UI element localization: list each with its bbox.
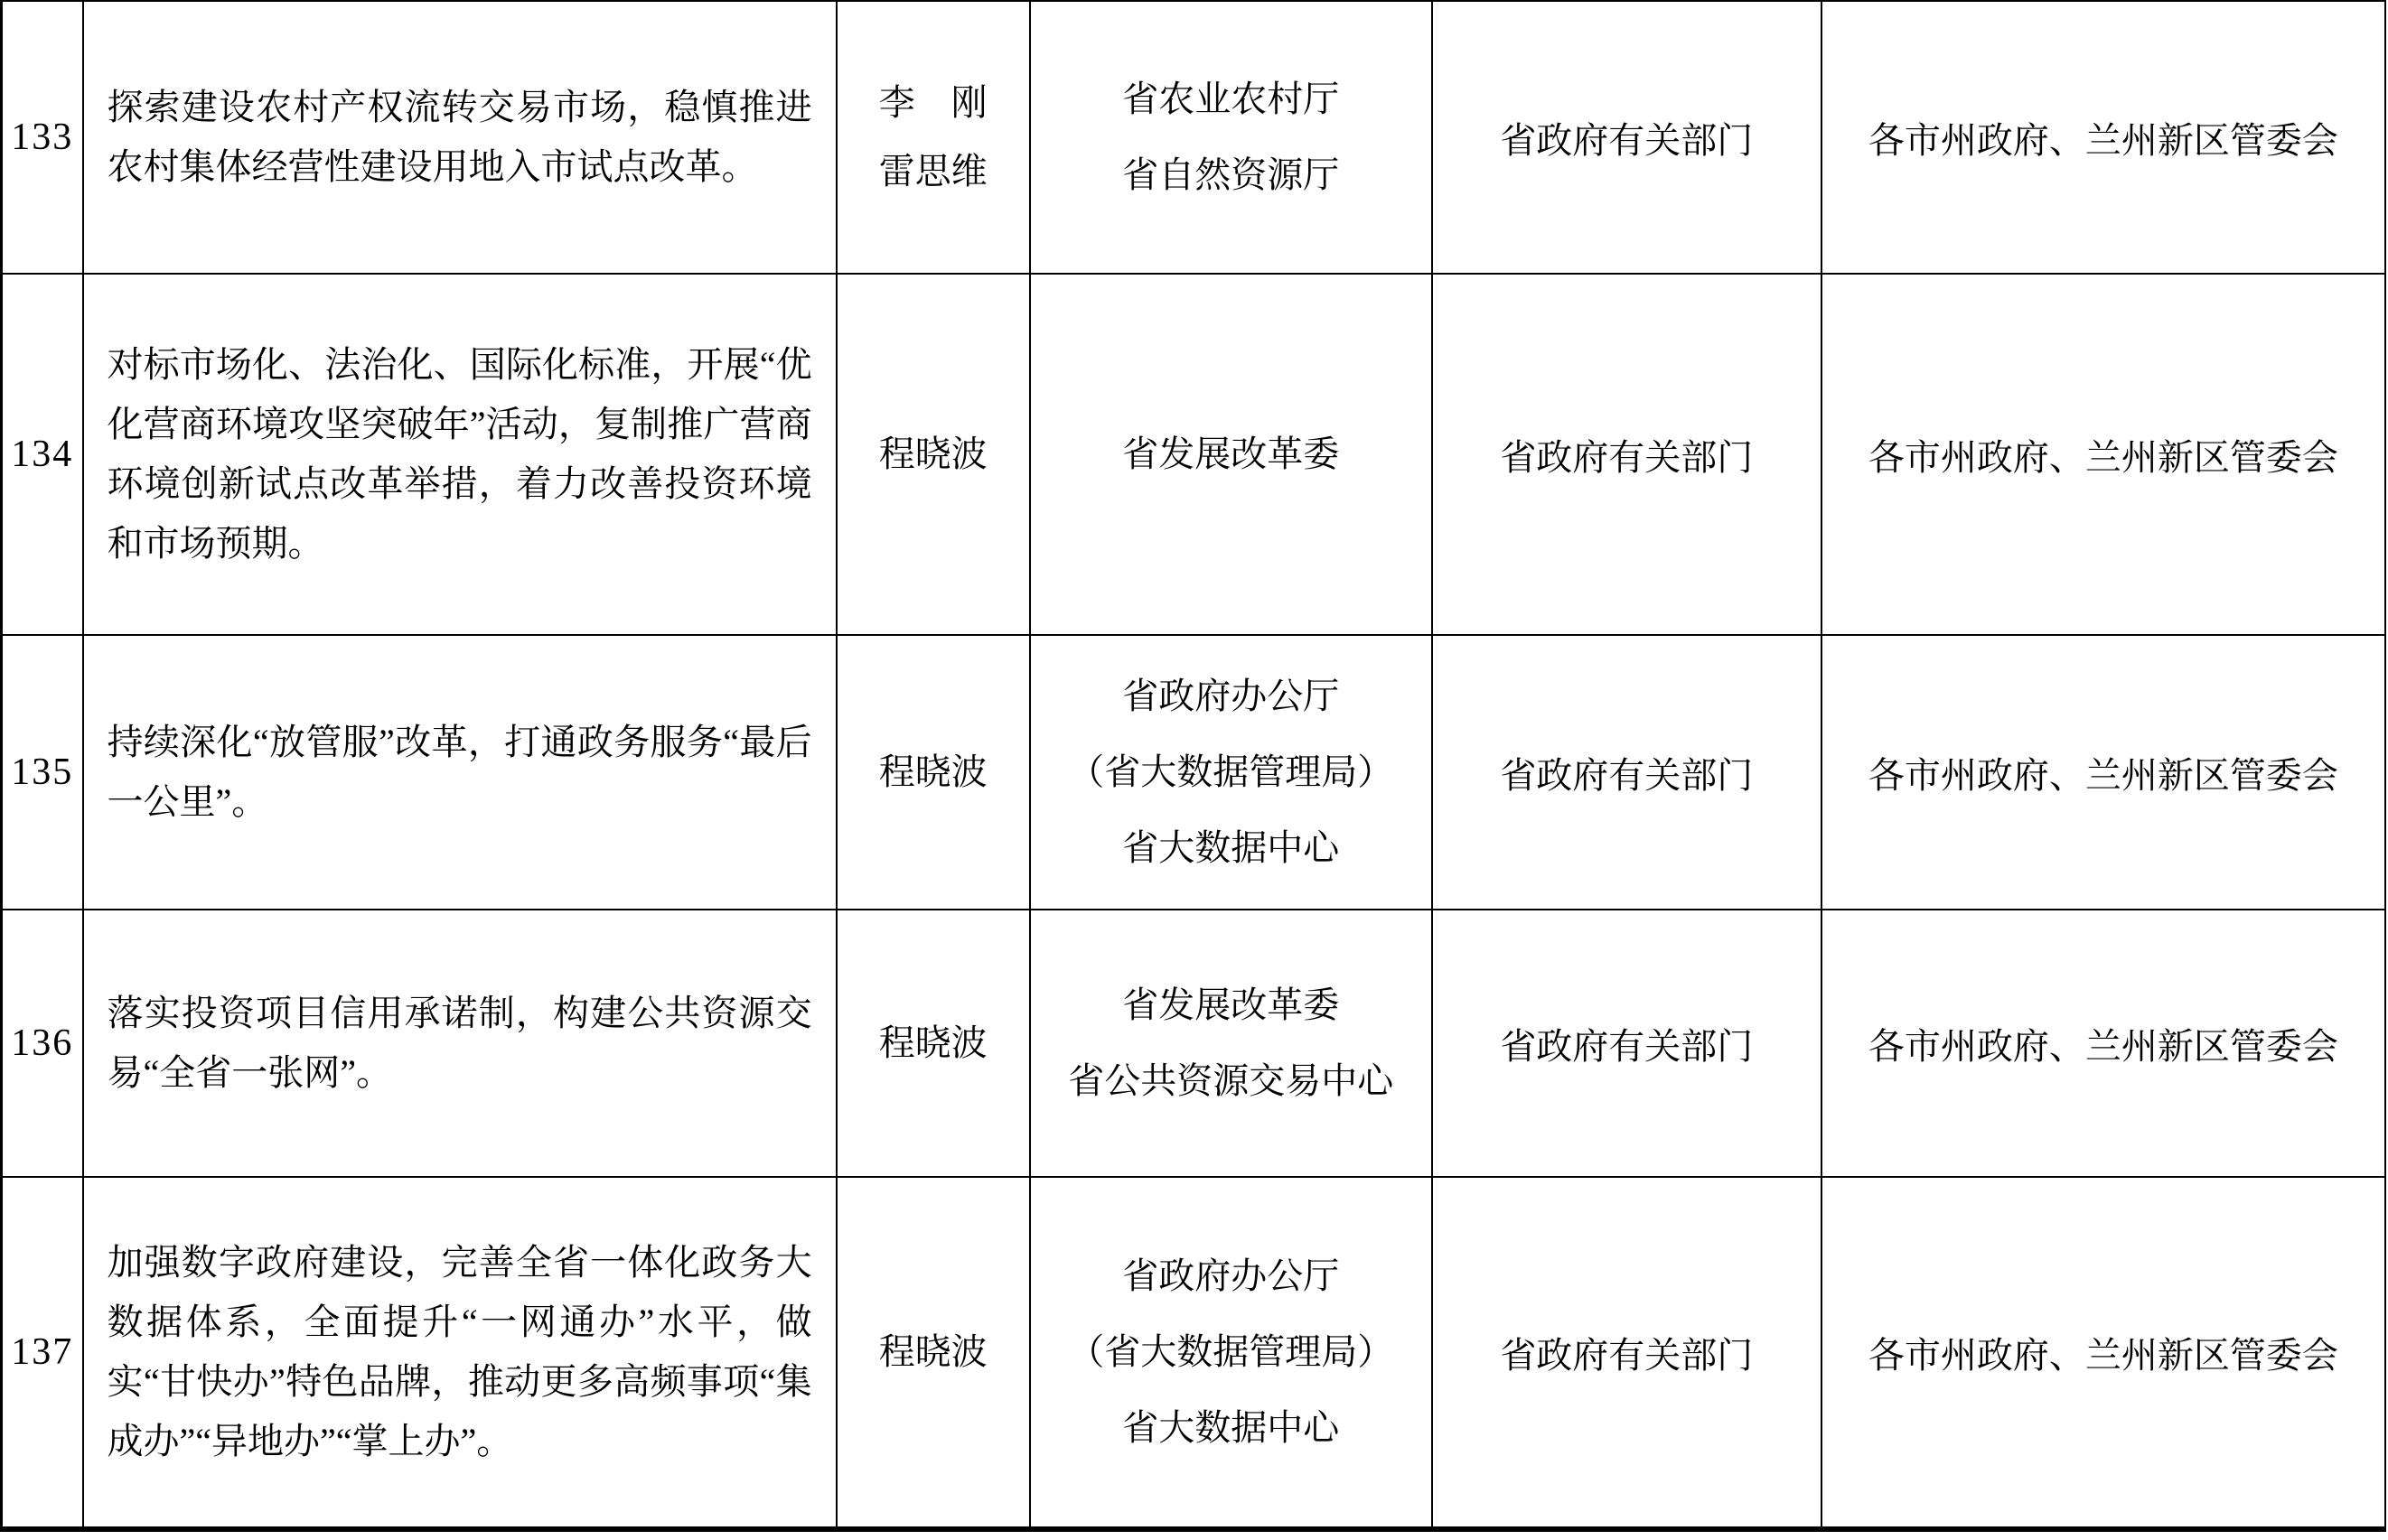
related-departments-cell: 省政府有关部门 xyxy=(1432,910,1821,1177)
department-line: 省发展改革委 xyxy=(1032,416,1430,492)
department-line: 省公共资源交易中心 xyxy=(1032,1043,1430,1119)
table-row: 135 持续深化“放管服”改革，打通政务服务“最后一公里”。 程晓波 省政府办公… xyxy=(2,635,2386,910)
local-governments-cell: 各市州政府、兰州新区管委会 xyxy=(1821,1177,2385,1529)
department-cell: 省发展改革委 xyxy=(1030,274,1432,635)
related-departments-cell: 省政府有关部门 xyxy=(1432,1177,1821,1529)
task-cell: 持续深化“放管服”改革，打通政务服务“最后一公里”。 xyxy=(83,635,837,910)
department-line: 省发展改革委 xyxy=(1032,967,1430,1043)
department-cell: 省农业农村厅 省自然资源厅 xyxy=(1030,1,1432,274)
leader-cell: 程晓波 xyxy=(837,635,1030,910)
local-governments-cell: 各市州政府、兰州新区管委会 xyxy=(1821,1,2385,274)
related-departments-cell: 省政府有关部门 xyxy=(1432,635,1821,910)
table-row: 134 对标市场化、法治化、国际化标准，开展“优化营商环境攻坚突破年”活动，复制… xyxy=(2,274,2386,635)
leader-line: 李 刚 xyxy=(838,69,1028,137)
local-governments-cell: 各市州政府、兰州新区管委会 xyxy=(1821,274,2385,635)
department-line: 省政府办公厅 xyxy=(1032,658,1430,734)
row-number-cell: 134 xyxy=(2,274,83,635)
leader-line: 程晓波 xyxy=(838,738,1028,807)
department-line: 省农业农村厅 xyxy=(1032,61,1430,137)
tasks-table: 133 探索建设农村产权流转交易市场，稳慎推进农村集体经营性建设用地入市试点改革… xyxy=(0,0,2386,1532)
task-description: 落实投资项目信用承诺制，构建公共资源交易“全省一张网”。 xyxy=(108,984,812,1103)
leader-cell: 程晓波 xyxy=(837,274,1030,635)
department-line: 省大数据中心 xyxy=(1032,810,1430,886)
leader-cell: 程晓波 xyxy=(837,1177,1030,1529)
row-number-cell: 136 xyxy=(2,910,83,1177)
row-number-cell: 133 xyxy=(2,1,83,274)
task-description: 加强数字政府建设，完善全省一体化政务大数据体系，全面提升“一网通办”水平，做实“… xyxy=(108,1233,812,1471)
department-cell: 省政府办公厅 （省大数据管理局） 省大数据中心 xyxy=(1030,1177,1432,1529)
row-number-cell: 135 xyxy=(2,635,83,910)
local-governments-cell: 各市州政府、兰州新区管委会 xyxy=(1821,910,2385,1177)
related-departments-cell: 省政府有关部门 xyxy=(1432,1,1821,274)
leader-line: 程晓波 xyxy=(838,420,1028,489)
department-cell: 省政府办公厅 （省大数据管理局） 省大数据中心 xyxy=(1030,635,1432,910)
department-cell: 省发展改革委 省公共资源交易中心 xyxy=(1030,910,1432,1177)
department-line: 省大数据中心 xyxy=(1032,1390,1430,1466)
local-governments-cell: 各市州政府、兰州新区管委会 xyxy=(1821,635,2385,910)
table-row: 133 探索建设农村产权流转交易市场，稳慎推进农村集体经营性建设用地入市试点改革… xyxy=(2,1,2386,274)
department-line: 省自然资源厅 xyxy=(1032,137,1430,213)
leader-line: 程晓波 xyxy=(838,1318,1028,1386)
department-line: （省大数据管理局） xyxy=(1032,1314,1430,1390)
department-line: 省政府办公厅 xyxy=(1032,1238,1430,1314)
related-departments-cell: 省政府有关部门 xyxy=(1432,274,1821,635)
table-row: 136 落实投资项目信用承诺制，构建公共资源交易“全省一张网”。 程晓波 省发展… xyxy=(2,910,2386,1177)
task-cell: 探索建设农村产权流转交易市场，稳慎推进农村集体经营性建设用地入市试点改革。 xyxy=(83,1,837,274)
leader-line: 雷思维 xyxy=(838,137,1028,206)
document-page: 133 探索建设农村产权流转交易市场，稳慎推进农村集体经营性建设用地入市试点改革… xyxy=(0,0,2388,1540)
task-description: 对标市场化、法治化、国际化标准，开展“优化营商环境攻坚突破年”活动，复制推广营商… xyxy=(108,335,812,574)
task-cell: 加强数字政府建设，完善全省一体化政务大数据体系，全面提升“一网通办”水平，做实“… xyxy=(83,1177,837,1529)
leader-cell: 李 刚 雷思维 xyxy=(837,1,1030,274)
task-description: 持续深化“放管服”改革，打通政务服务“最后一公里”。 xyxy=(108,713,812,832)
task-cell: 落实投资项目信用承诺制，构建公共资源交易“全省一张网”。 xyxy=(83,910,837,1177)
leader-line: 程晓波 xyxy=(838,1009,1028,1078)
leader-cell: 程晓波 xyxy=(837,910,1030,1177)
task-cell: 对标市场化、法治化、国际化标准，开展“优化营商环境攻坚突破年”活动，复制推广营商… xyxy=(83,274,837,635)
table-row: 137 加强数字政府建设，完善全省一体化政务大数据体系，全面提升“一网通办”水平… xyxy=(2,1177,2386,1529)
row-number-cell: 137 xyxy=(2,1177,83,1529)
task-description: 探索建设农村产权流转交易市场，稳慎推进农村集体经营性建设用地入市试点改革。 xyxy=(108,78,812,197)
department-line: （省大数据管理局） xyxy=(1032,734,1430,810)
